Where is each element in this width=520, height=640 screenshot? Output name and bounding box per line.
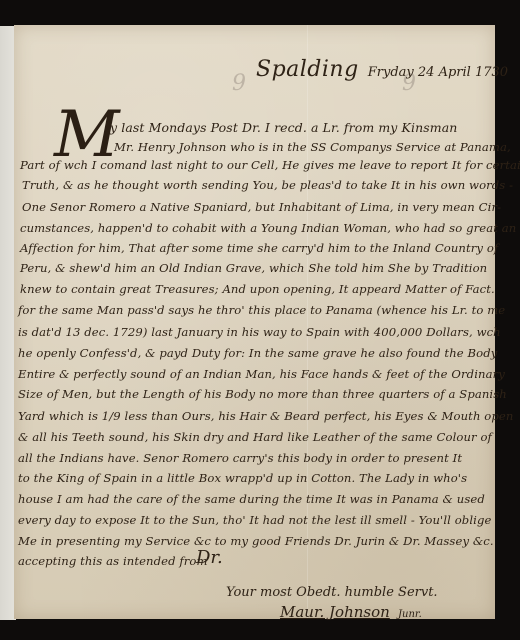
body-line: cumstances, happen'd to cohabit with a Y… [20, 221, 516, 235]
body-line: Affection for him, That after some time … [20, 241, 498, 255]
letter-page: 9 9 Spalding Fryday 24 April 1730 M y la… [14, 25, 495, 619]
place-name: Spalding [256, 57, 359, 82]
body-line: every day to expose It to the Sun, tho' … [18, 513, 491, 527]
letter-header: Spalding Fryday 24 April 1730 [256, 57, 508, 82]
body-line: knew to contain great Treasures; And upo… [20, 282, 495, 296]
body-line: Part of wch I comand last night to our C… [20, 158, 520, 172]
body-line: y last Mondays Post Dr. I recd. a Lr. fr… [110, 120, 457, 135]
body-line: & all his Teeth sound, his Skin dry and … [18, 430, 492, 444]
letter-date: Fryday 24 April 1730 [368, 65, 508, 80]
fold-line [307, 25, 308, 619]
body-line: Peru, & shew'd him an Old Indian Grave, … [20, 261, 487, 275]
body-line: One Senor Romero a Native Spaniard, but … [22, 200, 501, 214]
body-line: for the same Man pass'd says he thro' th… [18, 303, 505, 317]
signature-suffix: Junr. [398, 609, 422, 620]
body-line: house I am had the care of the same duri… [18, 492, 485, 506]
body-line: accepting this as intended from [18, 554, 208, 568]
body-line: is dat'd 13 dec. 1729) last January in h… [18, 325, 501, 339]
body-line: Size of Men, but the Length of his Body … [18, 387, 507, 401]
body-line: he openly Confess'd, & payd Duty for: In… [18, 346, 497, 360]
body-line: Truth, & as he thought worth sending You… [22, 178, 513, 192]
body-line: Yard which is 1/9 less than Ours, his Ha… [18, 409, 513, 423]
body-line: Mr. Henry Johnson who is in the SS Compa… [114, 140, 511, 154]
body-line: Me in presenting my Service &c to my goo… [18, 534, 494, 548]
signature: Maur. Johnson [280, 603, 390, 621]
body-line: all the Indians have. Senor Romero carry… [18, 451, 462, 465]
salutation-closing: Dr. [196, 547, 223, 568]
closing-line: Your most Obedt. humble Servt. [226, 585, 438, 600]
pencil-mark: 9 [232, 71, 246, 96]
body-line: Entire & perfectly sound of an Indian Ma… [18, 367, 505, 381]
body-line: to the King of Spain in a little Box wra… [18, 471, 467, 485]
